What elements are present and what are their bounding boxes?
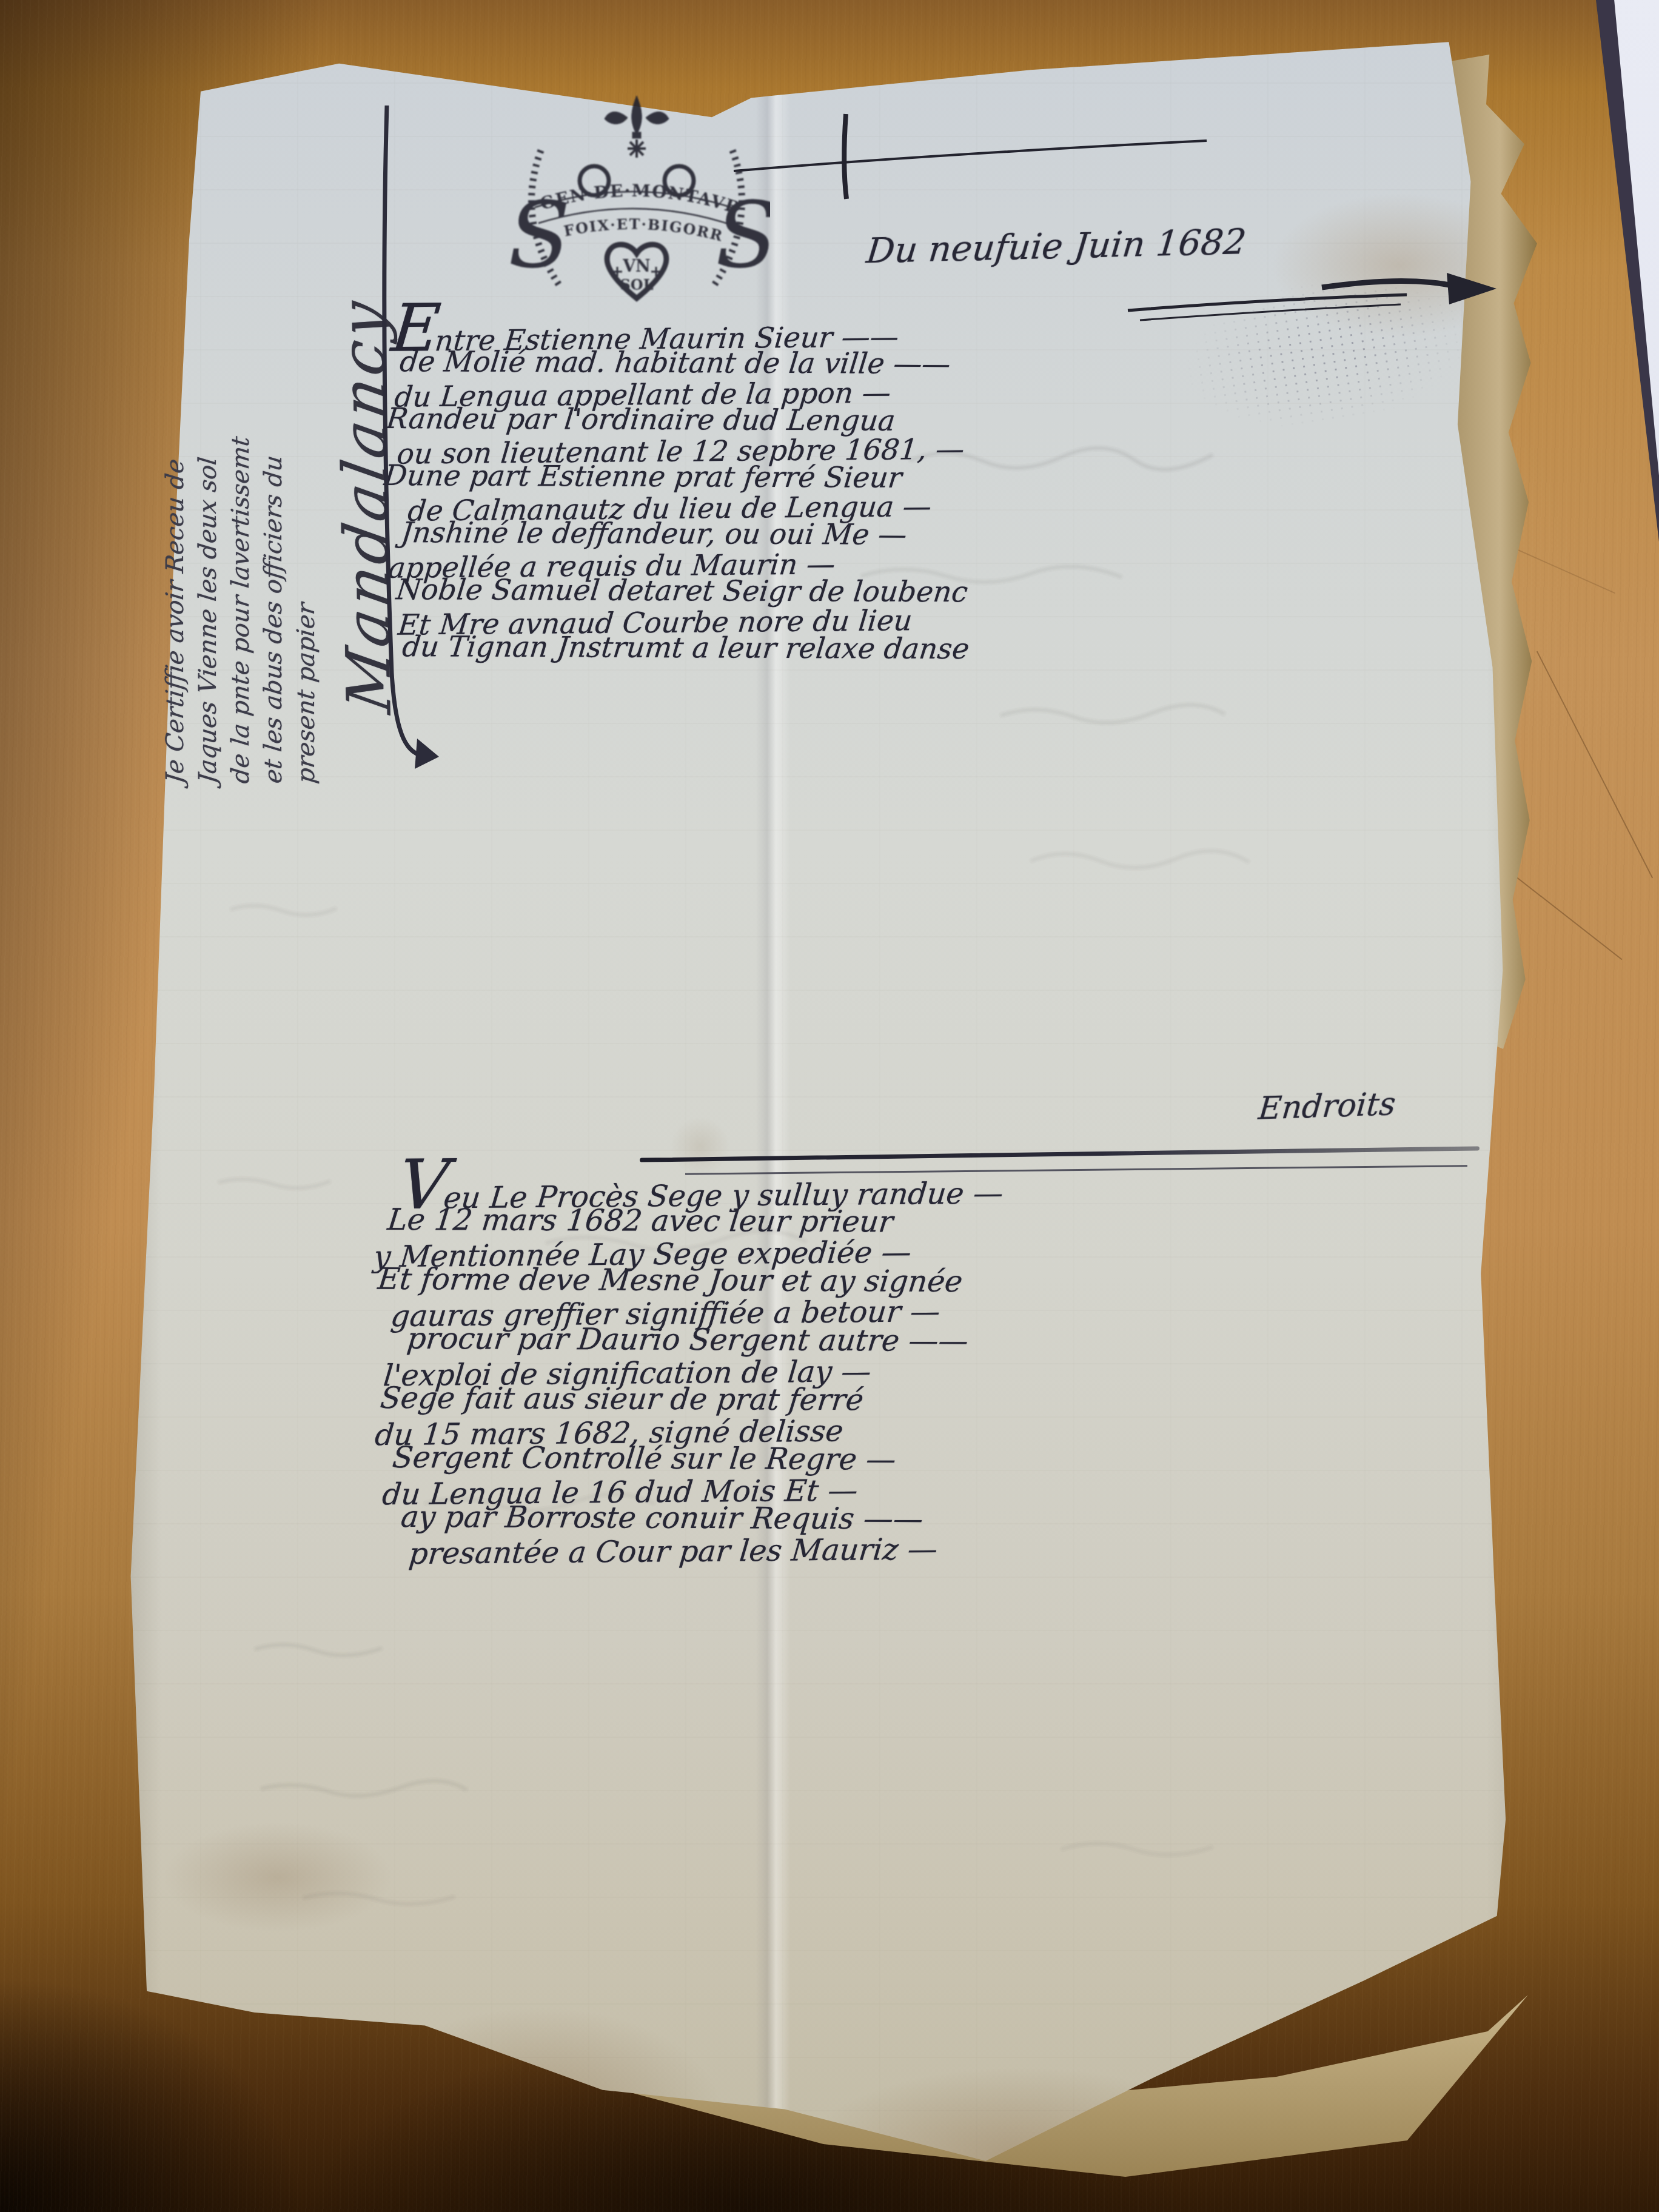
endroits-label: Endroits	[1257, 1086, 1397, 1127]
margin-note-line: de la pnte pour lavertissemt	[224, 102, 257, 785]
body-paragraph-2: Veu Le Procès Sege y sulluy randue — Le …	[364, 1161, 1528, 1547]
stamp-value-vn: VN	[622, 257, 651, 276]
cross-mark-icon	[697, 103, 1231, 212]
photograph-of-manuscript: S S GEN·DE·MONTAVBAN FOIX·ET·BIGORRE VN …	[0, 0, 1659, 2212]
date-underline-arrow-icon	[1091, 255, 1516, 340]
fleur-de-lis-icon	[605, 96, 669, 138]
margin-divider-arrow-icon	[340, 97, 461, 825]
margin-note-line: present papier	[290, 102, 323, 785]
margin-note-line: Jaques Vienne les deux sol	[192, 102, 224, 785]
stamp-value-sol: SOL	[620, 276, 653, 293]
star-icon	[628, 139, 646, 158]
margin-note-line: et les abus des officiers du	[257, 102, 290, 785]
margin-note-line: Je Certiffie avoir Receu de	[159, 102, 192, 785]
handwritten-line: du Tignan Jnstrumt a leur relaxe danse	[403, 617, 1473, 651]
